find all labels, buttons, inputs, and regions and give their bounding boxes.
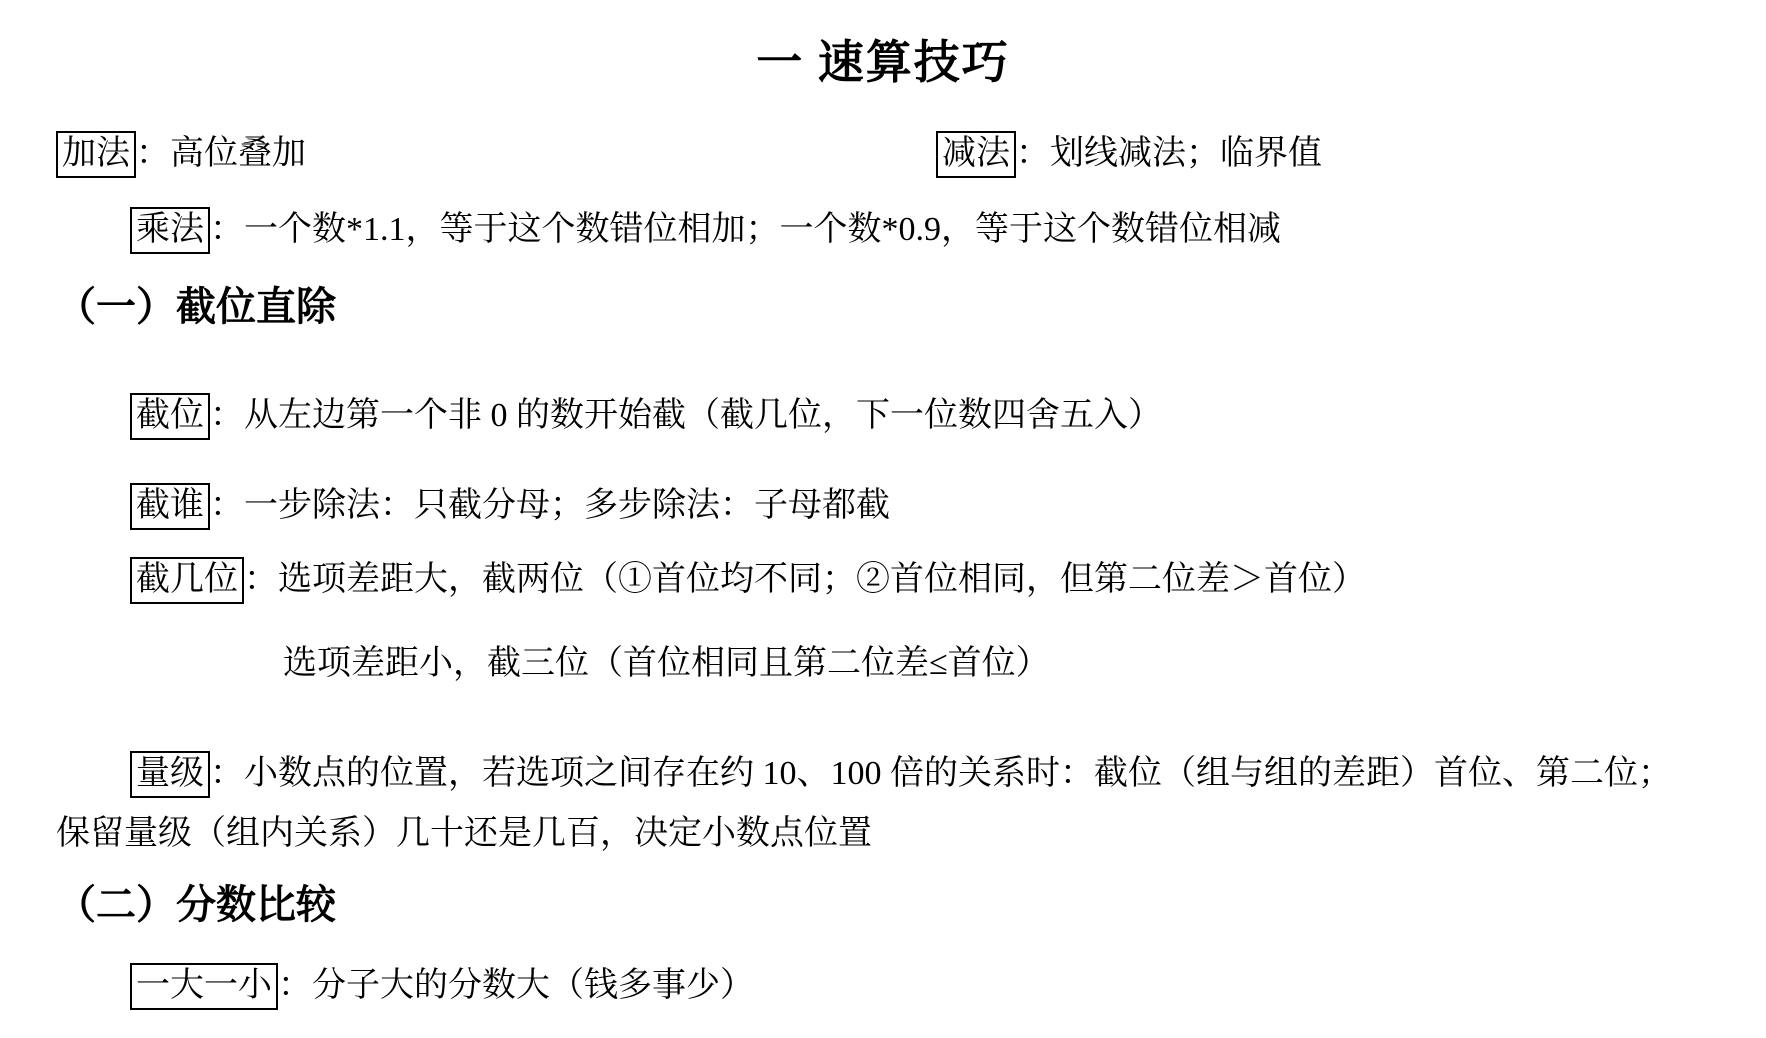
truncate-which-entry: 截谁：一步除法：只截分母；多步除法：子母都截 xyxy=(56,482,1710,530)
multiplication-entry: 乘法：一个数*1.1，等于这个数错位相加；一个数*0.9，等于这个数错位相减 xyxy=(56,206,1710,254)
addition-text: ：高位叠加 xyxy=(136,135,306,172)
truncate-which-text: ：一步除法：只截分母；多步除法：子母都截 xyxy=(210,487,890,524)
one-big-one-small-text: ：分子大的分数大（钱多事少） xyxy=(278,967,754,1004)
term-box-truncate-how-many: 截几位 xyxy=(130,557,244,604)
addition-entry: 加法：高位叠加 xyxy=(56,130,936,178)
magnitude-entry: 量级：小数点的位置，若选项之间存在约 10、100 倍的关系时：截位（组与组的差… xyxy=(56,744,1696,864)
truncate-how-many-continuation: 选项差距小，截三位（首位相同且第二位差≤首位） xyxy=(56,640,1710,688)
truncate-how-many-entry: 截几位：选项差距大，截两位（①首位均不同；②首位相同，但第二位差＞首位） xyxy=(56,556,1710,604)
term-box-truncate-position: 截位 xyxy=(130,393,210,440)
one-big-one-small-entry: 一大一小：分子大的分数大（钱多事少） xyxy=(56,962,1710,1010)
section1-heading: （一）截位直除 xyxy=(56,280,1710,334)
subtraction-text: ：划线减法；临界值 xyxy=(1016,135,1322,172)
term-box-multiplication: 乘法 xyxy=(130,207,210,254)
term-box-magnitude: 量级 xyxy=(130,751,210,798)
truncate-how-many-text: ：选项差距大，截两位（①首位均不同；②首位相同，但第二位差＞首位） xyxy=(244,561,1366,598)
multiplication-text: ：一个数*1.1，等于这个数错位相加；一个数*0.9，等于这个数错位相减 xyxy=(210,211,1281,248)
document-title: 一 速算技巧 xyxy=(56,34,1710,92)
term-box-truncate-which: 截谁 xyxy=(130,483,210,530)
magnitude-text: ：小数点的位置，若选项之间存在约 10、100 倍的关系时：截位（组与组的差距）… xyxy=(56,755,1672,852)
truncate-position-text: ：从左边第一个非 0 的数开始截（截几位，下一位数四舍五入） xyxy=(210,397,1162,434)
term-box-subtraction: 减法 xyxy=(936,131,1016,178)
term-box-addition: 加法 xyxy=(56,131,136,178)
subtraction-entry: 减法：划线减法；临界值 xyxy=(936,130,1710,178)
section2-heading: （二）分数比较 xyxy=(56,878,1710,932)
addition-subtraction-row: 加法：高位叠加 减法：划线减法；临界值 xyxy=(56,130,1710,178)
document-page: 一 速算技巧 加法：高位叠加 减法：划线减法；临界值 乘法：一个数*1.1，等于… xyxy=(0,0,1766,1038)
term-box-one-big-one-small: 一大一小 xyxy=(130,963,278,1010)
truncate-position-entry: 截位：从左边第一个非 0 的数开始截（截几位，下一位数四舍五入） xyxy=(56,392,1710,440)
